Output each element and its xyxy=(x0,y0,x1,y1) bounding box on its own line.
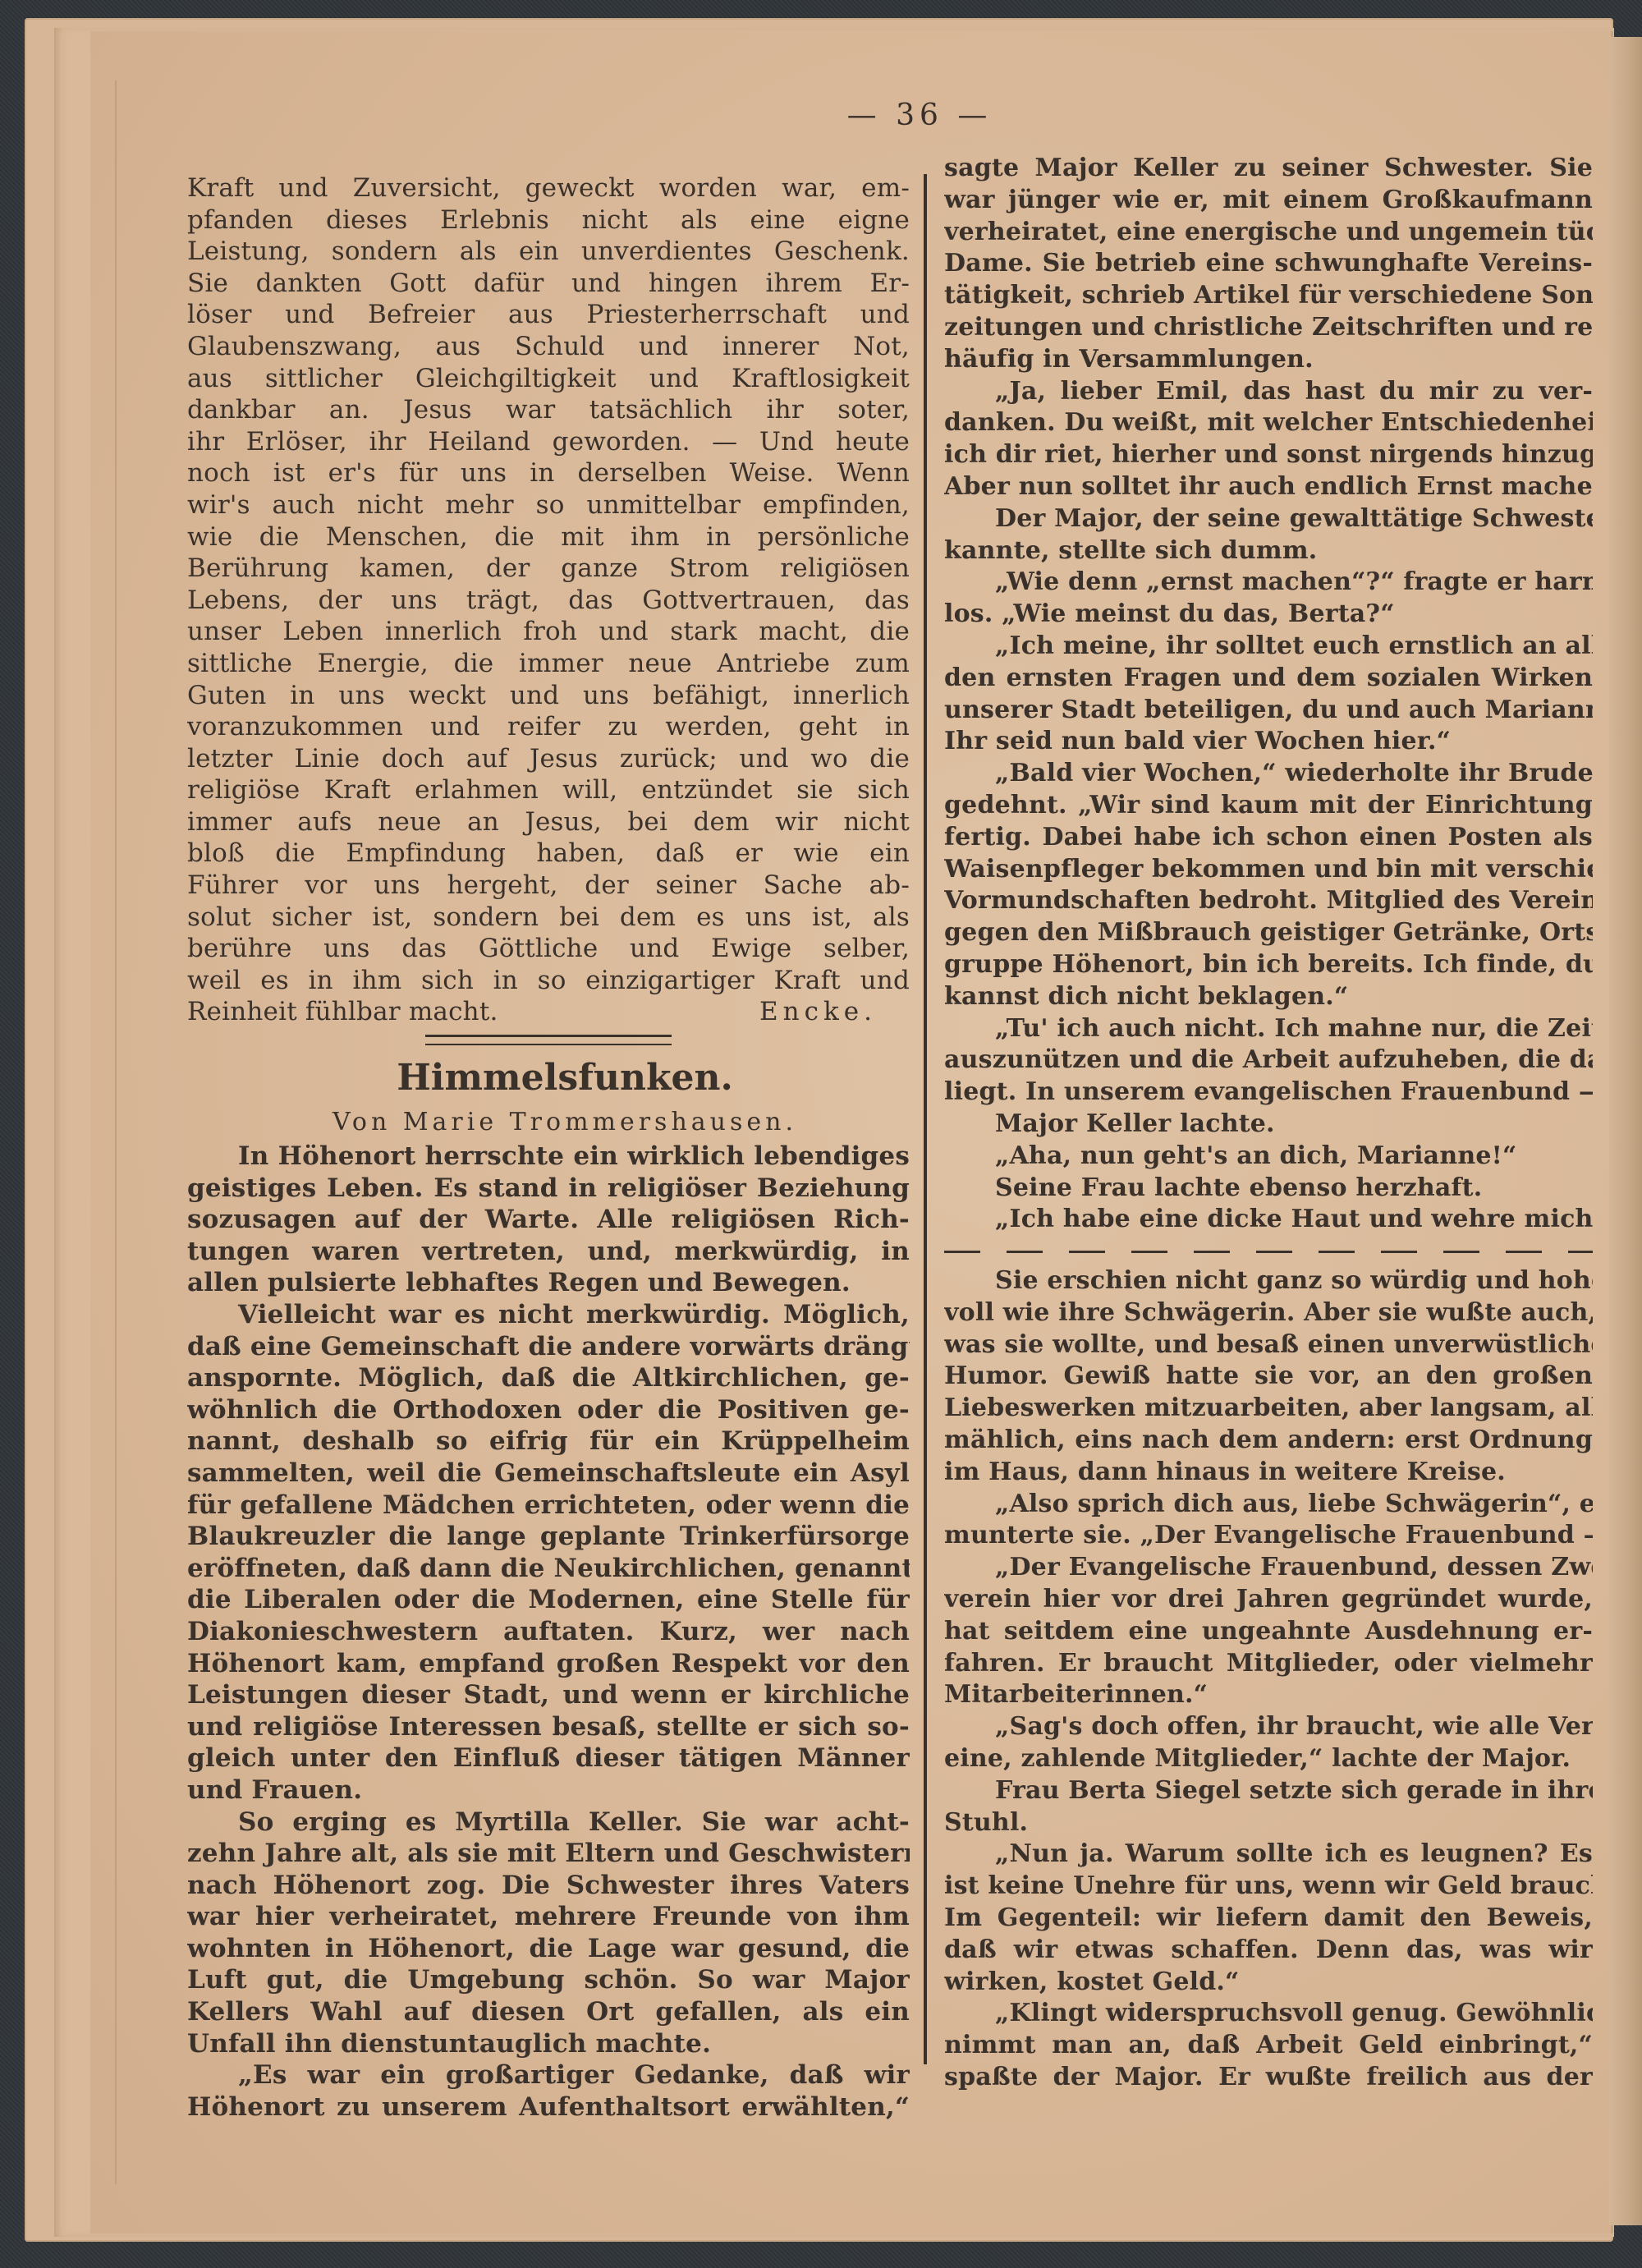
text-line: sittliche Energie, die immer neue Antrie… xyxy=(187,648,910,680)
text-line: und Frauen. xyxy=(187,1774,910,1807)
text-line: danken. Du weißt, mit welcher Entschiede… xyxy=(944,407,1593,439)
text-line: Luft gut, die Umgebung schön. So war Maj… xyxy=(187,1964,910,1996)
continuation-block: Sie erschien nicht ganz so würdig und ho… xyxy=(944,1265,1593,2094)
text-line: Berührung kamen, der ganze Strom religiö… xyxy=(187,553,910,585)
text-line: Humor. Gewiß hatte sie vor, an den große… xyxy=(944,1361,1593,1393)
text-line: Waisenpfleger bekommen und bin mit versc… xyxy=(944,854,1593,886)
text-line: weil es in ihm sich in so einzigartiger … xyxy=(187,965,910,997)
text-line: zehn Jahre alt, als sie mit Eltern und G… xyxy=(187,1838,910,1870)
text-line: „Bald vier Wochen,“ wiederholte ihr Brud… xyxy=(944,758,1593,790)
text-line: berühre uns das Göttliche und Ewige selb… xyxy=(187,933,910,965)
text-line: kannst dich nicht beklagen.“ xyxy=(944,981,1593,1013)
text-line: Sie erschien nicht ganz so würdig und ho… xyxy=(944,1265,1593,1297)
text-line: Leistungen dieser Stadt, und wenn er kir… xyxy=(187,1679,910,1711)
text-line: Glaubenszwang, aus Schuld und innerer No… xyxy=(187,331,910,363)
text-line: verheiratet, eine energische und ungemei… xyxy=(944,217,1593,249)
text-line: „Der Evangelische Frauenbund, dessen Zwe… xyxy=(944,1552,1593,1584)
text-line: war jünger wie er, mit einem Großkaufman… xyxy=(944,185,1593,217)
text-line: wöhnlich die Orthodoxen oder die Positiv… xyxy=(187,1394,910,1426)
page-number: — 36 — xyxy=(821,99,1018,132)
essay-last-line: Reinheit fühlbar macht. xyxy=(187,996,498,1028)
text-line: daß wir etwas schaffen. Denn das, was wi… xyxy=(944,1935,1593,1967)
text-line: „Wie denn „ernst machen“?“ fragte er har… xyxy=(944,567,1593,599)
text-line: Major Keller lachte. xyxy=(944,1109,1593,1141)
text-line: letzter Linie doch auf Jesus zurück; und… xyxy=(187,743,910,775)
text-line: eine, zahlende Mitglieder,“ lachte der M… xyxy=(944,1743,1593,1775)
text-line: „Klingt widerspruchsvoll genug. Gewöhnli… xyxy=(944,1998,1593,2030)
story-byline: Von Marie Trommershausen. xyxy=(220,1104,910,1141)
text-line: voll wie ihre Schwägerin. Aber sie wußte… xyxy=(944,1297,1593,1329)
text-line: kannte, stellte sich dumm. xyxy=(944,535,1593,567)
text-line: „Aha, nun geht's an dich, Marianne!“ xyxy=(944,1141,1593,1173)
text-line: daß eine Gemeinschaft die andere vorwärt… xyxy=(187,1331,910,1363)
text-line: unser Leben innerlich froh und stark mac… xyxy=(187,616,910,648)
text-line: Unfall ihn dienstuntauglich machte. xyxy=(187,2028,910,2060)
text-line: „Tu' ich auch nicht. Ich mahne nur, die … xyxy=(944,1013,1593,1045)
text-line: Liebeswerken mitzuarbeiten, aber langsam… xyxy=(944,1393,1593,1425)
text-line: zeitungen und christliche Zeitschriften … xyxy=(944,312,1593,344)
text-line: eröffneten, daß dann die Neukirchlichen,… xyxy=(187,1553,910,1585)
text-line: Blaukreuzler die lange geplante Trinkerf… xyxy=(187,1521,910,1553)
text-line: religiöse Kraft erlahmen will, entzündet… xyxy=(187,774,910,806)
section-double-rule xyxy=(425,1035,672,1045)
text-line: gedehnt. „Wir sind kaum mit der Einricht… xyxy=(944,790,1593,822)
text-line: nannt, deshalb so eifrig für ein Krüppel… xyxy=(187,1426,910,1458)
dashed-scene-break xyxy=(944,1241,1593,1260)
story-body: In Höhenort herrschte ein wirklich leben… xyxy=(187,1141,910,2123)
text-line: Lebens, der uns trägt, das Gottvertrauen… xyxy=(187,585,910,617)
text-line: nach Höhenort zog. Die Schwester ihres V… xyxy=(187,1870,910,1902)
text-line: wie die Menschen, die mit ihm in persönl… xyxy=(187,521,910,553)
text-line: fertig. Dabei habe ich schon einen Poste… xyxy=(944,822,1593,854)
text-line: Aber nun solltet ihr auch endlich Ernst … xyxy=(944,471,1593,503)
page-gutter-line xyxy=(115,80,117,2184)
text-line: unserer Stadt beteiligen, du und auch Ma… xyxy=(944,695,1593,727)
text-line: „Ich habe eine dicke Haut und wehre mich… xyxy=(944,1204,1593,1236)
essay-signature: Encke. xyxy=(759,996,910,1028)
text-line: Seine Frau lachte ebenso herzhaft. xyxy=(944,1173,1593,1205)
text-line: Höhenort kam, empfand großen Respekt vor… xyxy=(187,1648,910,1680)
text-line: noch ist er's für uns in derselben Weise… xyxy=(187,457,910,489)
column-divider xyxy=(924,174,927,2064)
text-line: die Liberalen oder die Modernen, eine St… xyxy=(187,1584,910,1616)
text-line: Guten in uns weckt und uns befähigt, inn… xyxy=(187,680,910,712)
text-line: gleich unter den Einfluß dieser tätigen … xyxy=(187,1742,910,1774)
text-line: Kellers Wahl auf diesen Ort gefallen, al… xyxy=(187,1996,910,2028)
text-line: Der Major, der seine gewalttätige Schwes… xyxy=(944,503,1593,535)
essay-continuation: Kraft und Zuversicht, geweckt worden war… xyxy=(187,172,910,996)
text-line: munterte sie. „Der Evangelische Frauenbu… xyxy=(944,1520,1593,1552)
page-fore-edge xyxy=(1609,37,1642,2225)
text-line: Dame. Sie betrieb eine schwunghafte Vere… xyxy=(944,248,1593,280)
text-line: „Ich meine, ihr solltet euch ernstlich a… xyxy=(944,631,1593,663)
text-line: Diakonieschwestern auftaten. Kurz, wer n… xyxy=(187,1616,910,1648)
text-line: für gefallene Mädchen errichteten, oder … xyxy=(187,1490,910,1522)
text-line: Führer vor uns hergeht, der seiner Sache… xyxy=(187,870,910,902)
text-line: geistiges Leben. Es stand in religiöser … xyxy=(187,1173,910,1205)
text-line: wir's auch nicht mehr so unmittelbar emp… xyxy=(187,489,910,521)
text-line: tungen waren vertreten, und, merkwürdig,… xyxy=(187,1236,910,1268)
text-line: den ernsten Fragen und dem sozialen Wirk… xyxy=(944,663,1593,695)
text-line: In Höhenort herrschte ein wirklich leben… xyxy=(187,1141,910,1173)
text-line: nimmt man an, daß Arbeit Geld einbringt,… xyxy=(944,2030,1593,2062)
text-line: war hier verheiratet, mehrere Freunde vo… xyxy=(187,1901,910,1933)
text-line: sozusagen auf der Warte. Alle religiösen… xyxy=(187,1204,910,1236)
text-line: häufig in Versammlungen. xyxy=(944,344,1593,376)
text-line: gegen den Mißbrauch geistiger Getränke, … xyxy=(944,917,1593,949)
text-line: auszunützen und die Arbeit aufzuheben, d… xyxy=(944,1044,1593,1077)
dialogue-block: sagte Major Keller zu seiner Schwester. … xyxy=(944,153,1593,1236)
text-line: was sie wollte, und besaß einen unverwüs… xyxy=(944,1329,1593,1361)
text-line: sammelten, weil die Gemeinschaftsleute e… xyxy=(187,1458,910,1490)
text-line: liegt. In unserem evangelischen Frauenbu… xyxy=(944,1077,1593,1109)
text-line: fahren. Er braucht Mitglieder, oder viel… xyxy=(944,1648,1593,1680)
text-line: voranzukommen und reifer zu werden, geht… xyxy=(187,711,910,743)
text-line: spaßte der Major. Er wußte freilich aus … xyxy=(944,2062,1593,2094)
right-column: sagte Major Keller zu seiner Schwester. … xyxy=(944,153,1593,2094)
text-line: anspornte. Möglich, daß die Altkirchlich… xyxy=(187,1362,910,1394)
text-line: „Es war ein großartiger Gedanke, daß wir xyxy=(187,2059,910,2091)
text-line: immer aufs neue an Jesus, bei dem wir ni… xyxy=(187,806,910,838)
text-line: Stuhl. xyxy=(944,1807,1593,1839)
text-line: mählich, eins nach dem andern: erst Ordn… xyxy=(944,1425,1593,1457)
text-line: ich dir riet, hierher und sonst nirgends… xyxy=(944,439,1593,471)
text-line: Kraft und Zuversicht, geweckt worden war… xyxy=(187,172,910,204)
text-line: So erging es Myrtilla Keller. Sie war ac… xyxy=(187,1807,910,1839)
text-line: und religiöse Interessen besaß, stellte … xyxy=(187,1711,910,1743)
text-line: „Ja, lieber Emil, das hast du mir zu ver… xyxy=(944,376,1593,408)
text-line: Vormundschaften bedroht. Mitglied des Ve… xyxy=(944,885,1593,917)
text-line: „Also sprich dich aus, liebe Schwägerin“… xyxy=(944,1489,1593,1521)
text-line: sagte Major Keller zu seiner Schwester. … xyxy=(944,153,1593,185)
text-line: „Nun ja. Warum sollte ich es leugnen? Es xyxy=(944,1839,1593,1871)
text-line: tätigkeit, schrieb Artikel für verschied… xyxy=(944,280,1593,312)
text-line: dankbar an. Jesus war tatsächlich ihr so… xyxy=(187,394,910,426)
essay-ending-row: Reinheit fühlbar macht. Encke. xyxy=(187,996,910,1028)
text-line: verein hier vor drei Jahren gegründet wu… xyxy=(944,1584,1593,1616)
text-line: hat seitdem eine ungeahnte Ausdehnung er… xyxy=(944,1616,1593,1648)
story-title: Himmelsfunken. xyxy=(220,1052,910,1104)
text-line: Sie dankten Gott dafür und hingen ihrem … xyxy=(187,268,910,300)
text-line: gruppe Höhenort, bin ich bereits. Ich fi… xyxy=(944,949,1593,981)
text-line: löser und Befreier aus Priesterherrschaf… xyxy=(187,299,910,331)
text-line: solut sicher ist, sondern bei dem es uns… xyxy=(187,902,910,934)
text-line: wohnten in Höhenort, die Lage war gesund… xyxy=(187,1933,910,1965)
text-line: Im Gegenteil: wir liefern damit den Bewe… xyxy=(944,1903,1593,1935)
text-line: allen pulsierte lebhaftes Regen und Bewe… xyxy=(187,1267,910,1299)
text-line: Leistung, sondern als ein unverdientes G… xyxy=(187,236,910,268)
text-line: Mitarbeiterinnen.“ xyxy=(944,1679,1593,1711)
text-line: Ihr seid nun bald vier Wochen hier.“ xyxy=(944,726,1593,758)
left-column: Kraft und Zuversicht, geweckt worden war… xyxy=(187,172,910,2123)
text-line: im Haus, dann hinaus in weitere Kreise. xyxy=(944,1457,1593,1489)
text-line: Vielleicht war es nicht merkwürdig. Mögl… xyxy=(187,1299,910,1331)
text-line: pfanden dieses Erlebnis nicht als eine e… xyxy=(187,204,910,236)
text-line: Frau Berta Siegel setzte sich gerade in … xyxy=(944,1775,1593,1807)
text-line: wirken, kostet Geld.“ xyxy=(944,1967,1593,1999)
text-line: los. „Wie meinst du das, Berta?“ xyxy=(944,599,1593,631)
text-line: Höhenort zu unserem Aufenthaltsort erwäh… xyxy=(187,2091,910,2123)
text-line: „Sag's doch offen, ihr braucht, wie alle… xyxy=(944,1711,1593,1743)
text-line: ist keine Unehre für uns, wenn wir Geld … xyxy=(944,1871,1593,1903)
text-line: aus sittlicher Gleichgiltigkeit und Kraf… xyxy=(187,363,910,395)
text-line: ihr Erlöser, ihr Heiland geworden. — Und… xyxy=(187,426,910,458)
text-line: bloß die Empfindung haben, daß er wie ei… xyxy=(187,838,910,870)
